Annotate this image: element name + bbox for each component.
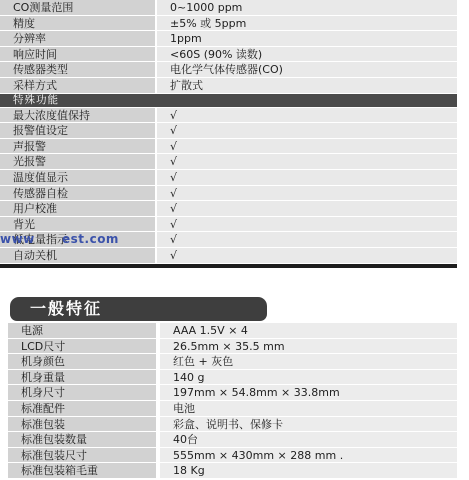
spec-sheet-page: CO测量范围 0~1000 ppm 精度 ±5% 或 5ppm 分辨率 1ppm… xyxy=(0,0,469,480)
table-row: 背光 √ xyxy=(0,217,457,232)
table-row: 分辨率 1ppm xyxy=(0,31,457,46)
spec-value: <60S (90% 读数) xyxy=(157,47,457,62)
checkmark: √ xyxy=(157,248,457,263)
table-row: 机身重量 140 g xyxy=(8,370,457,385)
spec-label: 精度 xyxy=(0,16,155,31)
spec-label: 机身重量 xyxy=(8,370,156,385)
spec-label: 机身尺寸 xyxy=(8,385,156,400)
watermark-text: est.com xyxy=(62,232,119,246)
checkmark: √ xyxy=(157,186,457,201)
feature-label: 传感器自检 xyxy=(0,186,155,201)
spec-label: 标准包装箱毛重 xyxy=(8,463,156,478)
spec-value: 彩盒、说明书、保修卡 xyxy=(160,417,457,432)
table-row-watermarked: 低电量指示 √ www est.com xyxy=(0,232,457,247)
spec-value: 197mm × 54.8mm × 33.8mm xyxy=(160,385,457,400)
table-row: 标准包装 彩盒、说明书、保修卡 xyxy=(8,417,457,432)
checkmark: √ xyxy=(157,170,457,185)
feature-label: 声报警 xyxy=(0,139,155,154)
spec-value: 扩散式 xyxy=(157,78,457,93)
spec-value: 140 g xyxy=(160,370,457,385)
table-row: 采样方式 扩散式 xyxy=(0,78,457,93)
general-table: 电源 AAA 1.5V × 4 LCD尺寸 26.5mm × 35.5 mm 机… xyxy=(8,323,457,479)
table-row: 标准配件 电池 xyxy=(8,401,457,416)
table-row: 光报警 √ xyxy=(0,154,457,169)
feature-label: 最大浓度值保持 xyxy=(0,108,155,123)
table-bottom-border xyxy=(0,264,457,268)
spec-label: LCD尺寸 xyxy=(8,339,156,354)
spec-label: CO测量范围 xyxy=(0,0,155,15)
table-row: 声报警 √ xyxy=(0,139,457,154)
table-row: 温度值显示 √ xyxy=(0,170,457,185)
spec-value: 红色 + 灰色 xyxy=(160,354,457,369)
section-header-special-functions: 特殊功能 xyxy=(0,94,457,107)
spec-label: 标准包装 xyxy=(8,417,156,432)
spec-label: 电源 xyxy=(8,323,156,338)
feature-label: 光报警 xyxy=(0,154,155,169)
checkmark: √ xyxy=(157,217,457,232)
checkmark: √ xyxy=(157,232,457,247)
section-header-general-features: 一般特征 xyxy=(10,297,267,321)
checkmark: √ xyxy=(157,123,457,138)
spec-label: 响应时间 xyxy=(0,47,155,62)
table-row: 机身尺寸 197mm × 54.8mm × 33.8mm xyxy=(8,385,457,400)
table-row: LCD尺寸 26.5mm × 35.5 mm xyxy=(8,339,457,354)
feature-label: 温度值显示 xyxy=(0,170,155,185)
spec-label: 标准包装数量 xyxy=(8,432,156,447)
checkmark: √ xyxy=(157,108,457,123)
spec-label: 标准包装尺寸 xyxy=(8,448,156,463)
feature-label: 自动关机 xyxy=(0,248,155,263)
table-row: 用户校准 √ xyxy=(0,201,457,216)
table-row: 报警值设定 √ xyxy=(0,123,457,138)
table-row: 电源 AAA 1.5V × 4 xyxy=(8,323,457,338)
spec-label: 分辨率 xyxy=(0,31,155,46)
table-row: 最大浓度值保持 √ xyxy=(0,108,457,123)
watermark-text: www xyxy=(0,232,35,246)
feature-label: 用户校准 xyxy=(0,201,155,216)
spec-value: 1ppm xyxy=(157,31,457,46)
checkmark: √ xyxy=(157,201,457,216)
spec-value: 26.5mm × 35.5 mm xyxy=(160,339,457,354)
spec-value: AAA 1.5V × 4 xyxy=(160,323,457,338)
spec-value: ±5% 或 5ppm xyxy=(157,16,457,31)
table-row: 机身颜色 红色 + 灰色 xyxy=(8,354,457,369)
spec-label: 机身颜色 xyxy=(8,354,156,369)
checkmark: √ xyxy=(157,154,457,169)
table-row: 自动关机 √ xyxy=(0,248,457,263)
checkmark: √ xyxy=(157,139,457,154)
table-row: 精度 ±5% 或 5ppm xyxy=(0,16,457,31)
feature-label: 背光 xyxy=(0,217,155,232)
table-row: CO测量范围 0~1000 ppm xyxy=(0,0,457,15)
spec-table: CO测量范围 0~1000 ppm 精度 ±5% 或 5ppm 分辨率 1ppm… xyxy=(0,0,457,264)
spec-value: 18 Kg xyxy=(160,463,457,478)
table-row: 标准包装尺寸 555mm × 430mm × 288 mm . xyxy=(8,448,457,463)
spec-value: 40台 xyxy=(160,432,457,447)
spec-label: 标准配件 xyxy=(8,401,156,416)
table-row: 标准包装箱毛重 18 Kg xyxy=(8,463,457,478)
feature-label: 报警值设定 xyxy=(0,123,155,138)
table-row: 传感器类型 电化学气体传感器(CO) xyxy=(0,62,457,77)
spec-label: 采样方式 xyxy=(0,78,155,93)
table-row: 传感器自检 √ xyxy=(0,186,457,201)
spec-value: 电池 xyxy=(160,401,457,416)
table-row: 响应时间 <60S (90% 读数) xyxy=(0,47,457,62)
spec-value: 555mm × 430mm × 288 mm . xyxy=(160,448,457,463)
spec-value: 电化学气体传感器(CO) xyxy=(157,62,457,77)
spec-label: 传感器类型 xyxy=(0,62,155,77)
spec-value: 0~1000 ppm xyxy=(157,0,457,15)
table-row: 标准包装数量 40台 xyxy=(8,432,457,447)
